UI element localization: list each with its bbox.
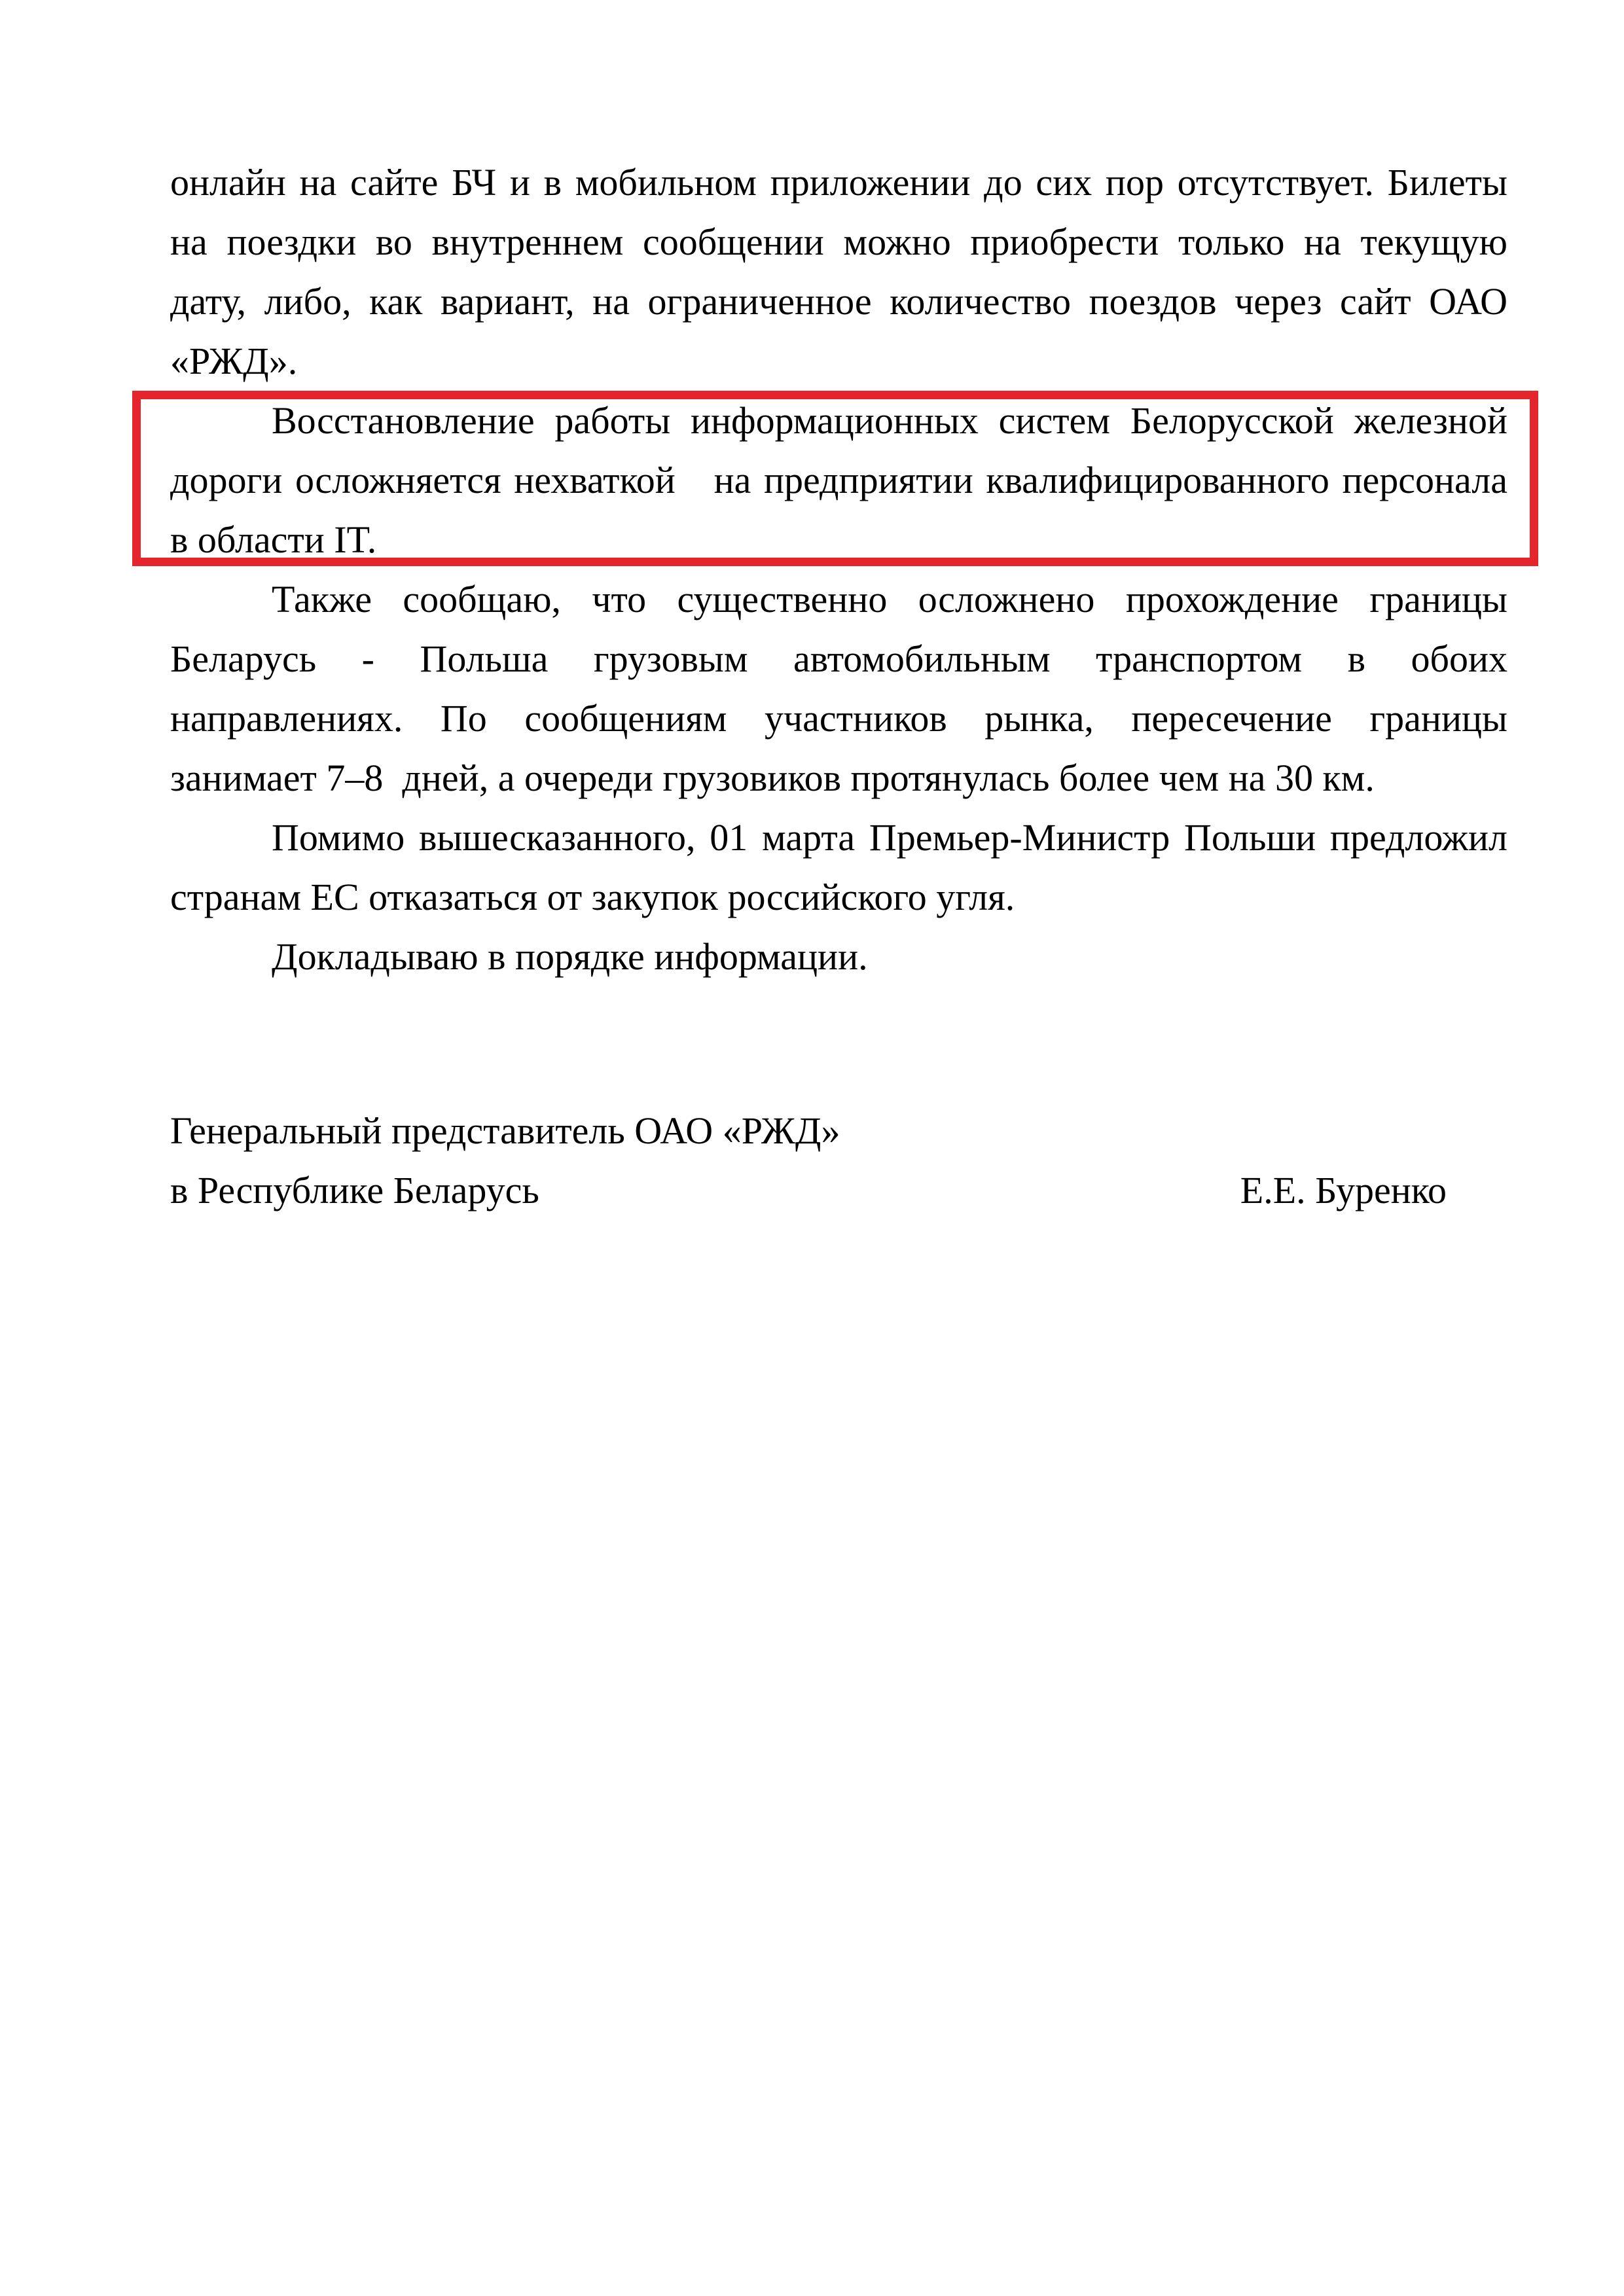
paragraph-online-tickets: онлайн на сайте БЧ и в мобильном приложе… bbox=[170, 152, 1507, 391]
text-line: в области IT. bbox=[170, 510, 1507, 569]
text-line: онлайн на сайте БЧ и в мобильном приложе… bbox=[170, 152, 1507, 212]
text-line: «РЖД». bbox=[170, 331, 1507, 391]
text-line: Докладываю в порядке информации. bbox=[170, 927, 1507, 986]
text-line: направлениях. По сообщениям участников р… bbox=[170, 689, 1507, 748]
text-line: на поездки во внутреннем сообщении можно… bbox=[170, 212, 1507, 272]
signature-title-line2: в Республике Беларусь bbox=[170, 1160, 539, 1220]
signature-name: Е.Е. Буренко bbox=[1240, 1160, 1507, 1220]
document-page: онлайн на сайте БЧ и в мобильном приложе… bbox=[0, 0, 1624, 2296]
text-line: Помимо вышесказанного, 01 марта Премьер-… bbox=[170, 808, 1507, 867]
text-line: Также сообщаю, что существенно осложнено… bbox=[170, 569, 1507, 629]
signature-title-line1: Генеральный представитель ОАО «РЖД» bbox=[170, 1101, 1507, 1160]
document-body: онлайн на сайте БЧ и в мобильном приложе… bbox=[170, 152, 1507, 986]
text-line: Беларусь - Польша грузовым автомобильным… bbox=[170, 629, 1507, 689]
paragraph-fyi-note: Докладываю в порядке информации. bbox=[170, 927, 1507, 986]
paragraph-coal-embargo: Помимо вышесказанного, 01 марта Премьер-… bbox=[170, 808, 1507, 927]
text-line: занимает 7–8 дней, а очереди грузовиков … bbox=[170, 748, 1507, 808]
signature-line2: в Республике Беларусь Е.Е. Буренко bbox=[170, 1160, 1507, 1220]
paragraph-border-crossing: Также сообщаю, что существенно осложнено… bbox=[170, 569, 1507, 808]
text-line: странам ЕС отказаться от закупок российс… bbox=[170, 867, 1507, 927]
text-line: Восстановление работы информационных сис… bbox=[170, 391, 1507, 450]
text-line: дороги осложняется нехваткой на предприя… bbox=[170, 450, 1507, 510]
paragraph-it-staff-shortage-highlighted: Восстановление работы информационных сис… bbox=[170, 391, 1507, 569]
signature-block: Генеральный представитель ОАО «РЖД» в Ре… bbox=[170, 1101, 1507, 1220]
text-line: дату, либо, как вариант, на ограниченное… bbox=[170, 272, 1507, 331]
